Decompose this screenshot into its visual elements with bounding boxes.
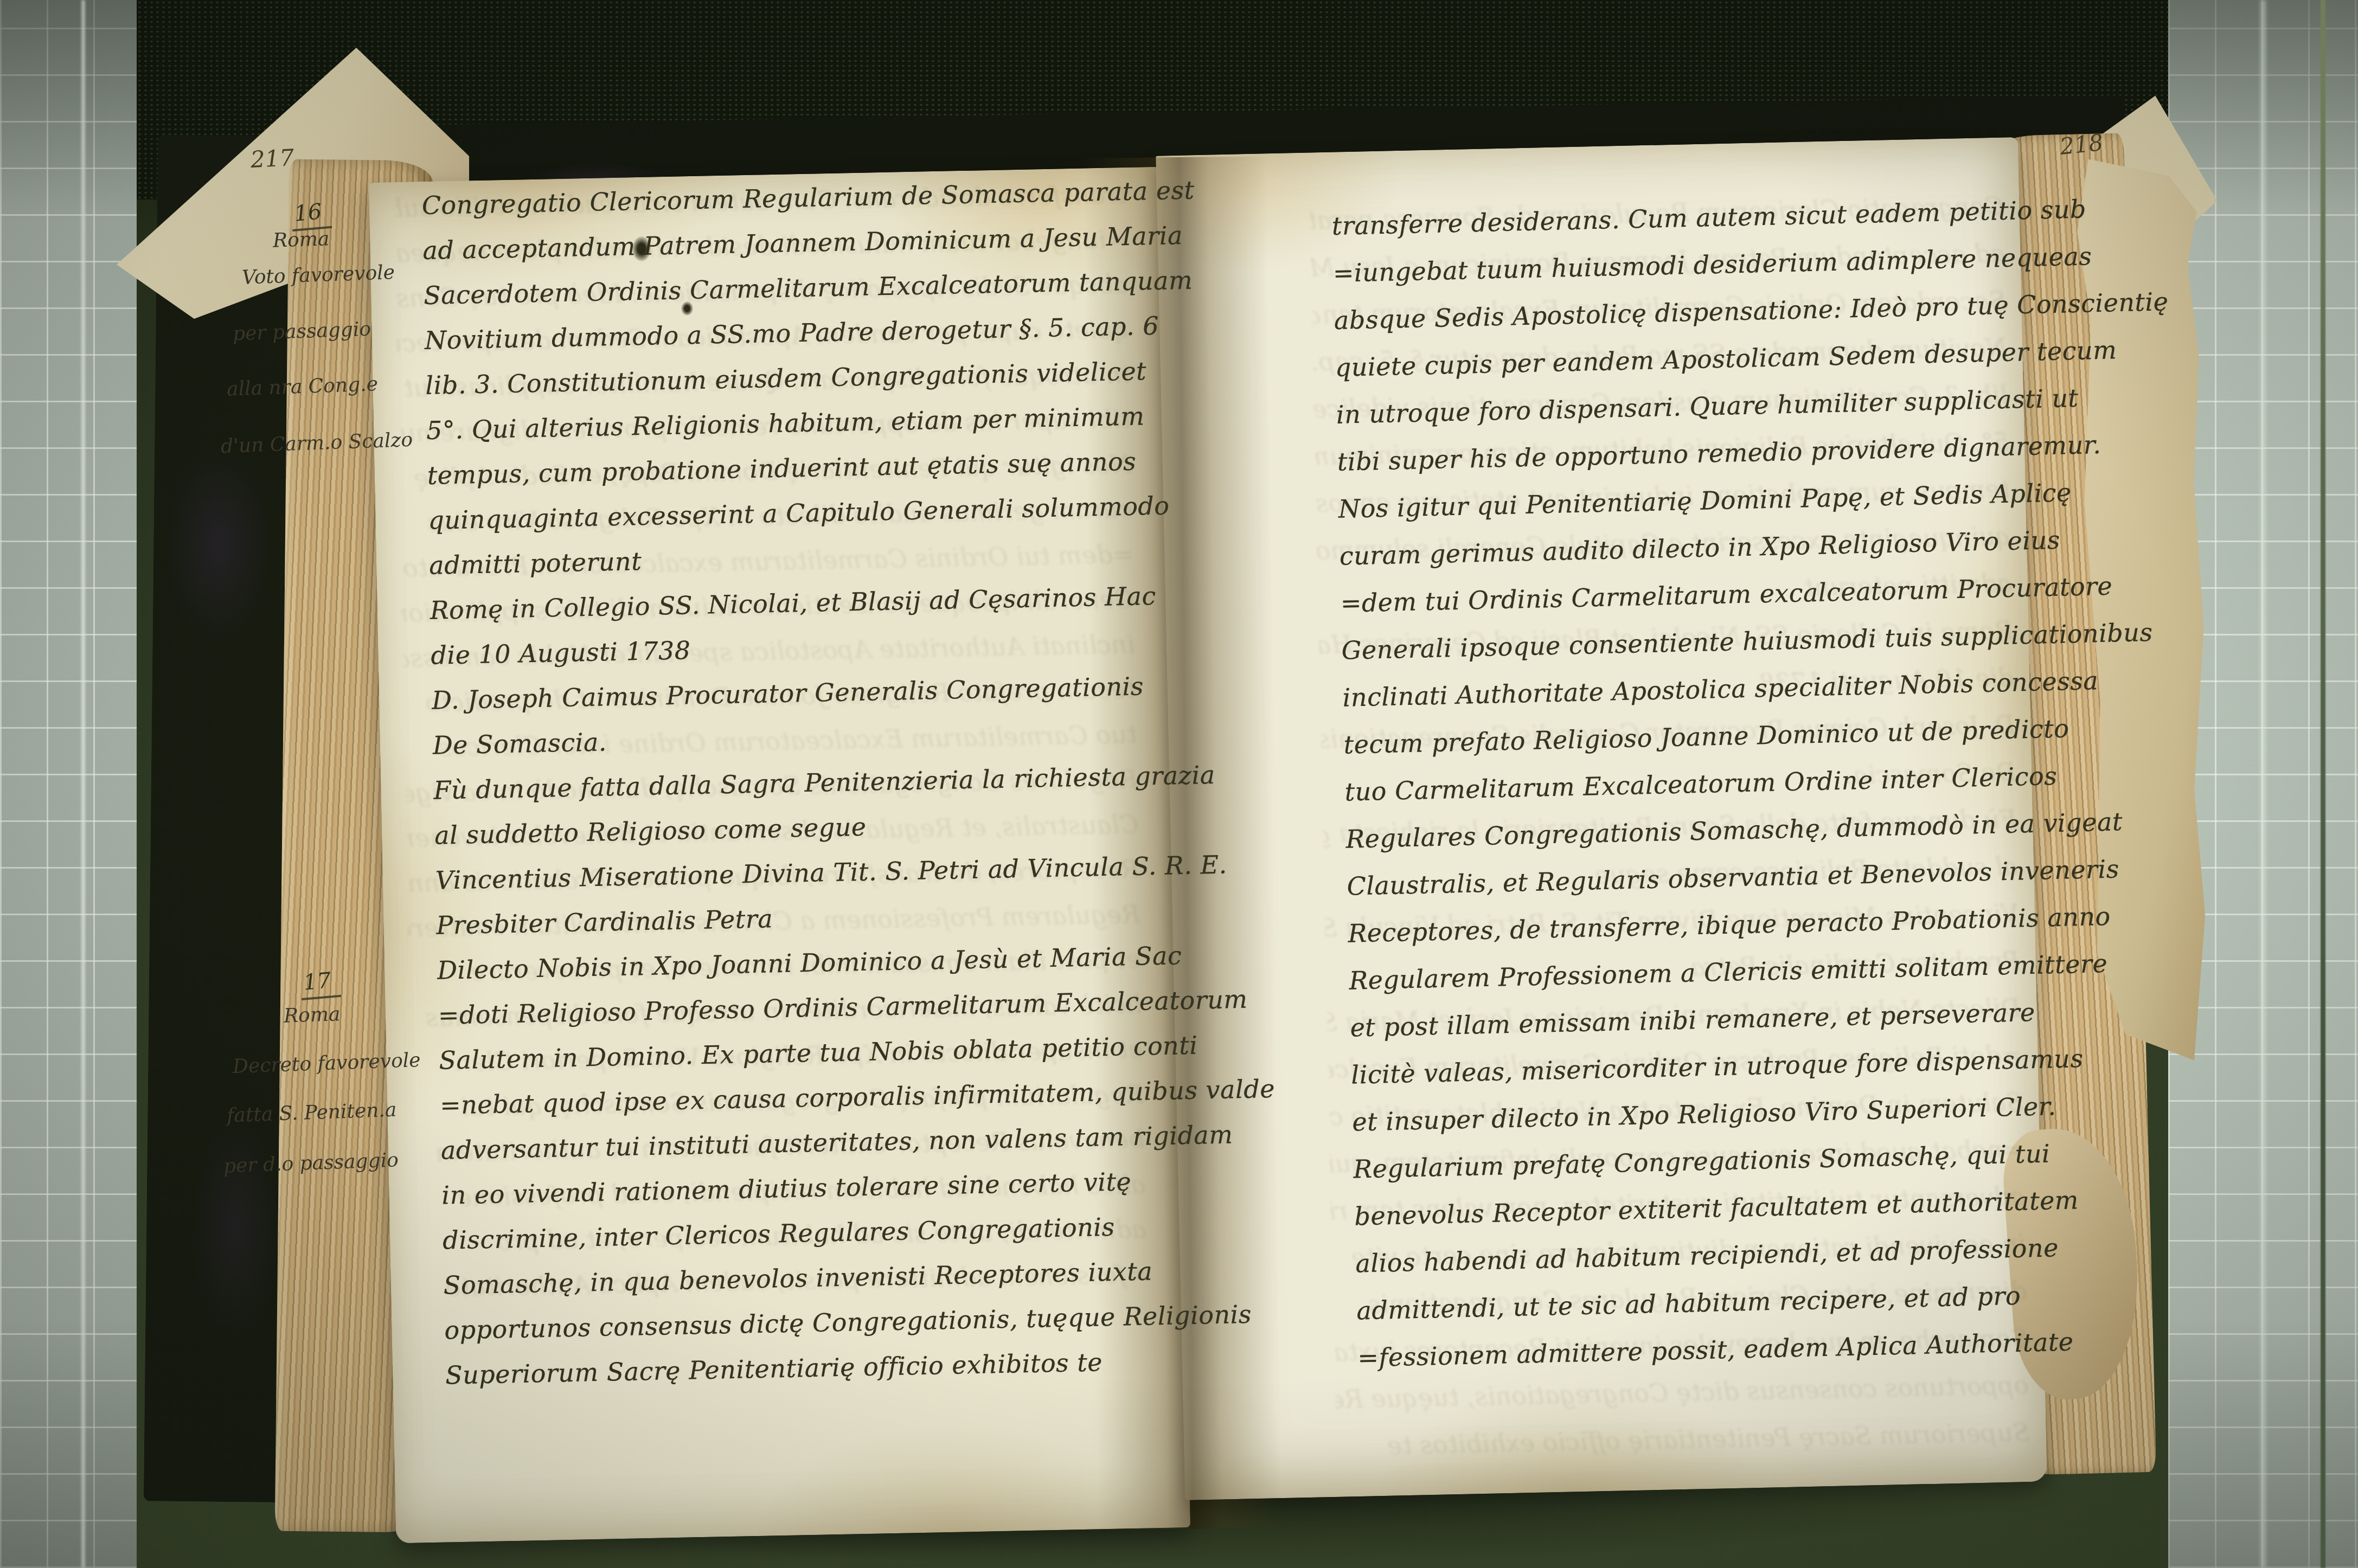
entry-number-16: 16 [290, 200, 332, 232]
ink-blot [632, 236, 651, 261]
margin-note-place: Roma [283, 1005, 341, 1026]
glass-edge-right-soft [2260, 0, 2266, 1568]
glass-edge-right [2321, 0, 2325, 1568]
page-number-left: 217 [250, 146, 294, 171]
margin-note-place: Roma [272, 229, 330, 251]
entry-number-17: 17 [299, 969, 341, 1000]
ink-blot [681, 301, 693, 316]
left-page-text: Congregatio Clericorum Regularium de Som… [421, 166, 1281, 1398]
manuscript-photo-scene: transferre desiderans. Cum autem sicut e… [0, 0, 2358, 1568]
calibration-grid-left [0, 0, 137, 1568]
margin-note-line: alla nra Cong.e [226, 375, 378, 400]
page-number-right: 218 [2059, 131, 2104, 158]
glass-edge-left [81, 0, 85, 1568]
right-page-text: transferre desiderans. Cum autem sicut e… [1331, 184, 2193, 1381]
margin-note-line: Voto favorevole [241, 263, 395, 288]
margin-note-line: per passaggio [232, 320, 371, 344]
